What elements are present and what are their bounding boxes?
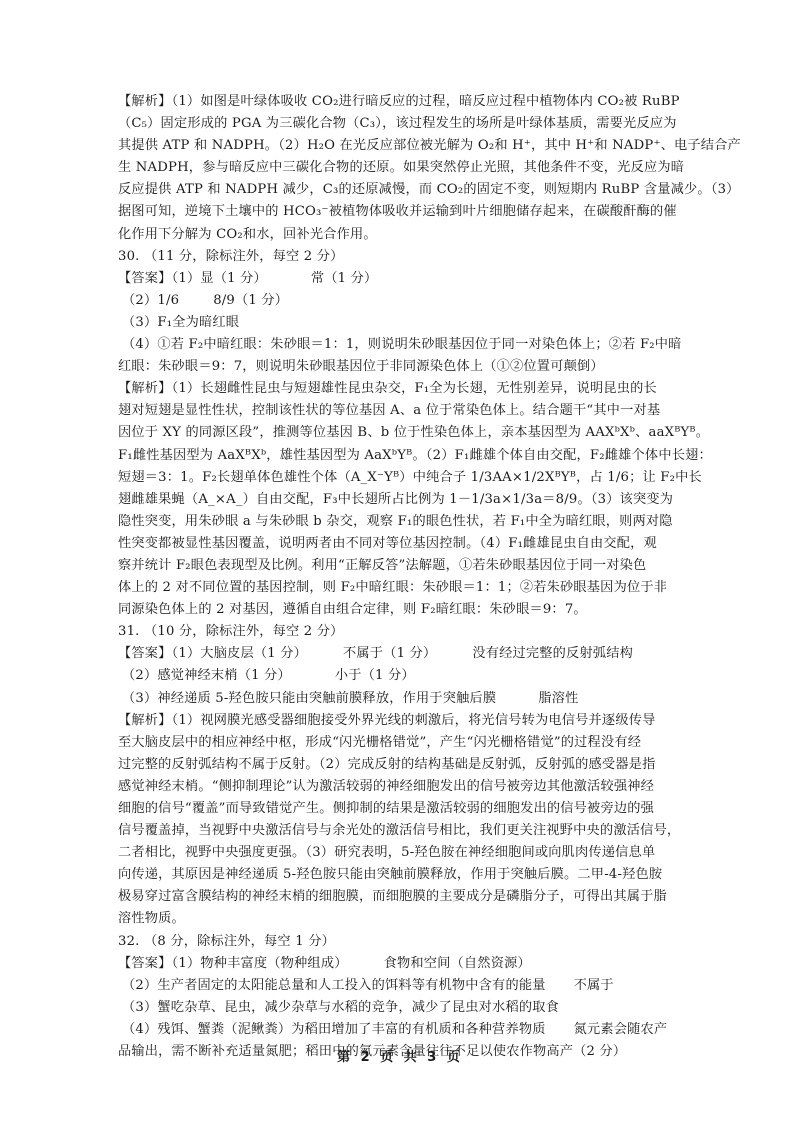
answer-label: 【答案】 xyxy=(118,271,172,286)
text-line: 性突变都被显性基因覆盖，说明两者由不同对等位基因控制。（4）F₁雌雄昆虫自由交配… xyxy=(118,533,686,555)
answer-label: 【答案】 xyxy=(118,646,172,661)
answer-line: （3）F₁全为暗红眼 xyxy=(118,312,686,334)
answer-extra: 没有经过完整的反射弧结构 xyxy=(472,646,633,661)
answer-line: 【答案】（1）大脑皮层（1 分）不属于（1 分）没有经过完整的反射弧结构 xyxy=(118,643,686,665)
answer-part: （4）残饵、蟹粪（泥鳅粪）为稻田增加了丰富的有机质和各种营养物质 xyxy=(122,1022,546,1037)
answer-line: （3）神经递质 5-羟色胺只能由突触前膜释放，作用于突触后膜脂溶性 xyxy=(118,688,686,710)
answer-extra: 常（1 分） xyxy=(311,271,378,286)
page-number-footer: 第 2 页 共 3 页 xyxy=(0,1046,800,1065)
question-32: 32. （8 分，除标注外，每空 1 分） 【答案】（1）物种丰富度（物种组成）… xyxy=(118,931,686,1064)
answer-line: （2）1/68/9（1 分） xyxy=(118,290,686,312)
text-line: 过完整的反射弧结构不属于反射。（2）完成反射的结构基础是反射弧，反射弧的感受器是… xyxy=(118,754,686,776)
text-line: 生 NADPH，参与暗反应中三碳化合物的还原。如果突然停止光照，其他条件不变，光… xyxy=(118,157,686,179)
text-line: 二者相比，视野中央强度更强。（3）研究表明，5-羟色胺在神经细胞间或向肌肉传递信… xyxy=(118,842,686,864)
document-page: 【解析】（1）如图是叶绿体吸收 CO₂进行暗反应的过程，暗反应过程中植物体内 C… xyxy=(118,91,686,1063)
text-line: 因位于 XY 的同源区段”，推测等位基因 B、b 位于性染色体上，亲本基因型为 … xyxy=(118,422,686,444)
text-line: 其提供 ATP 和 NADPH。（2）H₂O 在光反应部位被光解为 O₂和 H⁺… xyxy=(118,135,686,157)
answer-extra: 不属于 xyxy=(574,978,614,993)
text-line: 信号覆盖掉，当视野中央激活信号与余光处的激活信号相比，我们更关注视野中央的激活信… xyxy=(118,820,686,842)
answer-line: （3）蟹吃杂草、昆虫，减少杂草与水稻的竞争，减少了昆虫对水稻的取食 xyxy=(118,997,686,1019)
answer-part: （1）物种丰富度（物种组成） xyxy=(172,956,348,971)
answer-extra: 8/9（1 分） xyxy=(213,293,288,308)
answer-extra: 不属于（1 分） xyxy=(343,646,436,661)
text-line: 【解析】（1）长翅雌性昆虫与短翅雄性昆虫杂交，F₁全为长翅，无性别差异，说明昆虫… xyxy=(118,378,686,400)
question-31: 31. （10 分，除标注外，每空 2 分） 【答案】（1）大脑皮层（1 分）不… xyxy=(118,621,686,930)
q29-analysis: 【解析】（1）如图是叶绿体吸收 CO₂进行暗反应的过程，暗反应过程中植物体内 C… xyxy=(118,91,686,246)
answer-extra: 小于（1 分） xyxy=(335,668,415,683)
text-line: 极易穿过富含膜结构的神经末梢的细胞膜，而细胞膜的主要成分是磷脂分子，可得出其属于… xyxy=(118,886,686,908)
answer-line: 红眼：朱砂眼＝9：7，则说明朱砂眼基因位于非同源染色体上（①②位置可颠倒） xyxy=(118,356,686,378)
answer-label: 【答案】 xyxy=(118,956,172,971)
question-heading: 30. （11 分，除标注外，每空 2 分） xyxy=(118,246,686,268)
text-line: 隐性突变，用朱砂眼 a 与朱砂眼 b 杂交，观察 F₁的眼色性状，若 F₁中全为… xyxy=(118,511,686,533)
text-line: 向传递，其原因是神经递质 5-羟色胺只能由突触前膜释放，作用于突触后膜。二甲-4… xyxy=(118,864,686,886)
text-line: （C₅）固定形成的 PGA 为三碳化合物（C₃），该过程发生的场所是叶绿体基质，… xyxy=(118,113,686,135)
answer-part: （3）神经递质 5-羟色胺只能由突触前膜释放，作用于突触后膜 xyxy=(122,691,496,706)
question-30: 30. （11 分，除标注外，每空 2 分） 【答案】（1）显（1 分）常（1 … xyxy=(118,246,686,622)
answer-part: （1）大脑皮层（1 分） xyxy=(172,646,307,661)
text-line: 至大脑皮层中的相应神经中枢，形成“闪光栅格错觉”，产生“闪光栅格错觉”的过程没有… xyxy=(118,732,686,754)
answer-part: （2）感觉神经末梢（1 分） xyxy=(122,668,291,683)
answer-line: 【答案】（1）显（1 分）常（1 分） xyxy=(118,268,686,290)
text-line: 反应提供 ATP 和 NADPH 减少，C₃的还原减慢，而 CO₂的固定不变，则… xyxy=(118,179,686,201)
answer-line: （2）生产者固定的太阳能总量和人工投入的饵料等有机物中含有的能量不属于 xyxy=(118,975,686,997)
text-line: 溶性物质。 xyxy=(118,908,686,930)
text-line: 察并统计 F₂眼色表现型及比例。利用“正解反答”法解题，①若朱砂眼基因位于同一对… xyxy=(118,555,686,577)
text-line: 【解析】（1）视网膜光感受器细胞接受外界光线的刺激后，将光信号转为电信号并逐级传… xyxy=(118,710,686,732)
answer-extra: 氮元素会随农产 xyxy=(574,1022,668,1037)
answer-part: （1）显（1 分） xyxy=(172,271,267,286)
answer-line: 【答案】（1）物种丰富度（物种组成）食物和空间（自然资源） xyxy=(118,953,686,975)
text-line: 体上的 2 对不同位置的基因控制，则 F₂中暗红眼：朱砂眼＝1：1；②若朱砂眼基… xyxy=(118,577,686,599)
answer-part: （2）1/6 xyxy=(122,293,179,308)
text-line: 短翅＝3：1。F₂长翅单体色雄性个体（A_X⁻Yᴮ）中纯合子 1/3AA×1/2… xyxy=(118,467,686,489)
text-line: 【解析】（1）如图是叶绿体吸收 CO₂进行暗反应的过程，暗反应过程中植物体内 C… xyxy=(118,91,686,113)
text-line: 据图可知，逆境下土壤中的 HCO₃⁻被植物体吸收并运输到叶片细胞储存起来，在碳酸… xyxy=(118,201,686,223)
text-line: 翅雌雄果蝇（A_×A_）自由交配，F₃中长翅所占比例为 1－1/3a×1/3a＝… xyxy=(118,489,686,511)
text-line: F₁雌性基因型为 AaXᴮXᵇ，雄性基因型为 AaXᵇYᴮ。（2）F₁雌雄个体自… xyxy=(118,445,686,467)
answer-extra: 脂溶性 xyxy=(538,691,578,706)
question-heading: 32. （8 分，除标注外，每空 1 分） xyxy=(118,931,686,953)
question-heading: 31. （10 分，除标注外，每空 2 分） xyxy=(118,621,686,643)
answer-line: （4）残饵、蟹粪（泥鳅粪）为稻田增加了丰富的有机质和各种营养物质氮元素会随农产 xyxy=(118,1019,686,1041)
text-line: 细胞的信号“覆盖”而导致错觉产生。侧抑制的结果是激活较弱的细胞发出的信号被旁边的… xyxy=(118,798,686,820)
answer-part: （2）生产者固定的太阳能总量和人工投入的饵料等有机物中含有的能量 xyxy=(122,978,546,993)
text-line: 感觉神经末梢。“侧抑制理论”认为激活较弱的神经细胞发出的信号被旁边其他激活较强神… xyxy=(118,776,686,798)
answer-part: （3）F₁全为暗红眼 xyxy=(122,315,239,330)
answer-line: （4）①若 F₂中暗红眼：朱砂眼＝1：1，则说明朱砂眼基因位于同一对染色体上；②… xyxy=(118,334,686,356)
text-line: 化作用下分解为 CO₂和水，回补光合作用。 xyxy=(118,224,686,246)
answer-extra: 食物和空间（自然资源） xyxy=(384,956,531,971)
answer-line: （2）感觉神经末梢（1 分）小于（1 分） xyxy=(118,665,686,687)
text-line: 翅对短翅是显性性状，控制该性状的等位基因 A、a 位于常染色体上。结合题干“其中… xyxy=(118,400,686,422)
text-line: 同源染色体上的 2 对基因，遵循自由组合定律，则 F₂暗红眼：朱砂眼＝9：7。 xyxy=(118,599,686,621)
